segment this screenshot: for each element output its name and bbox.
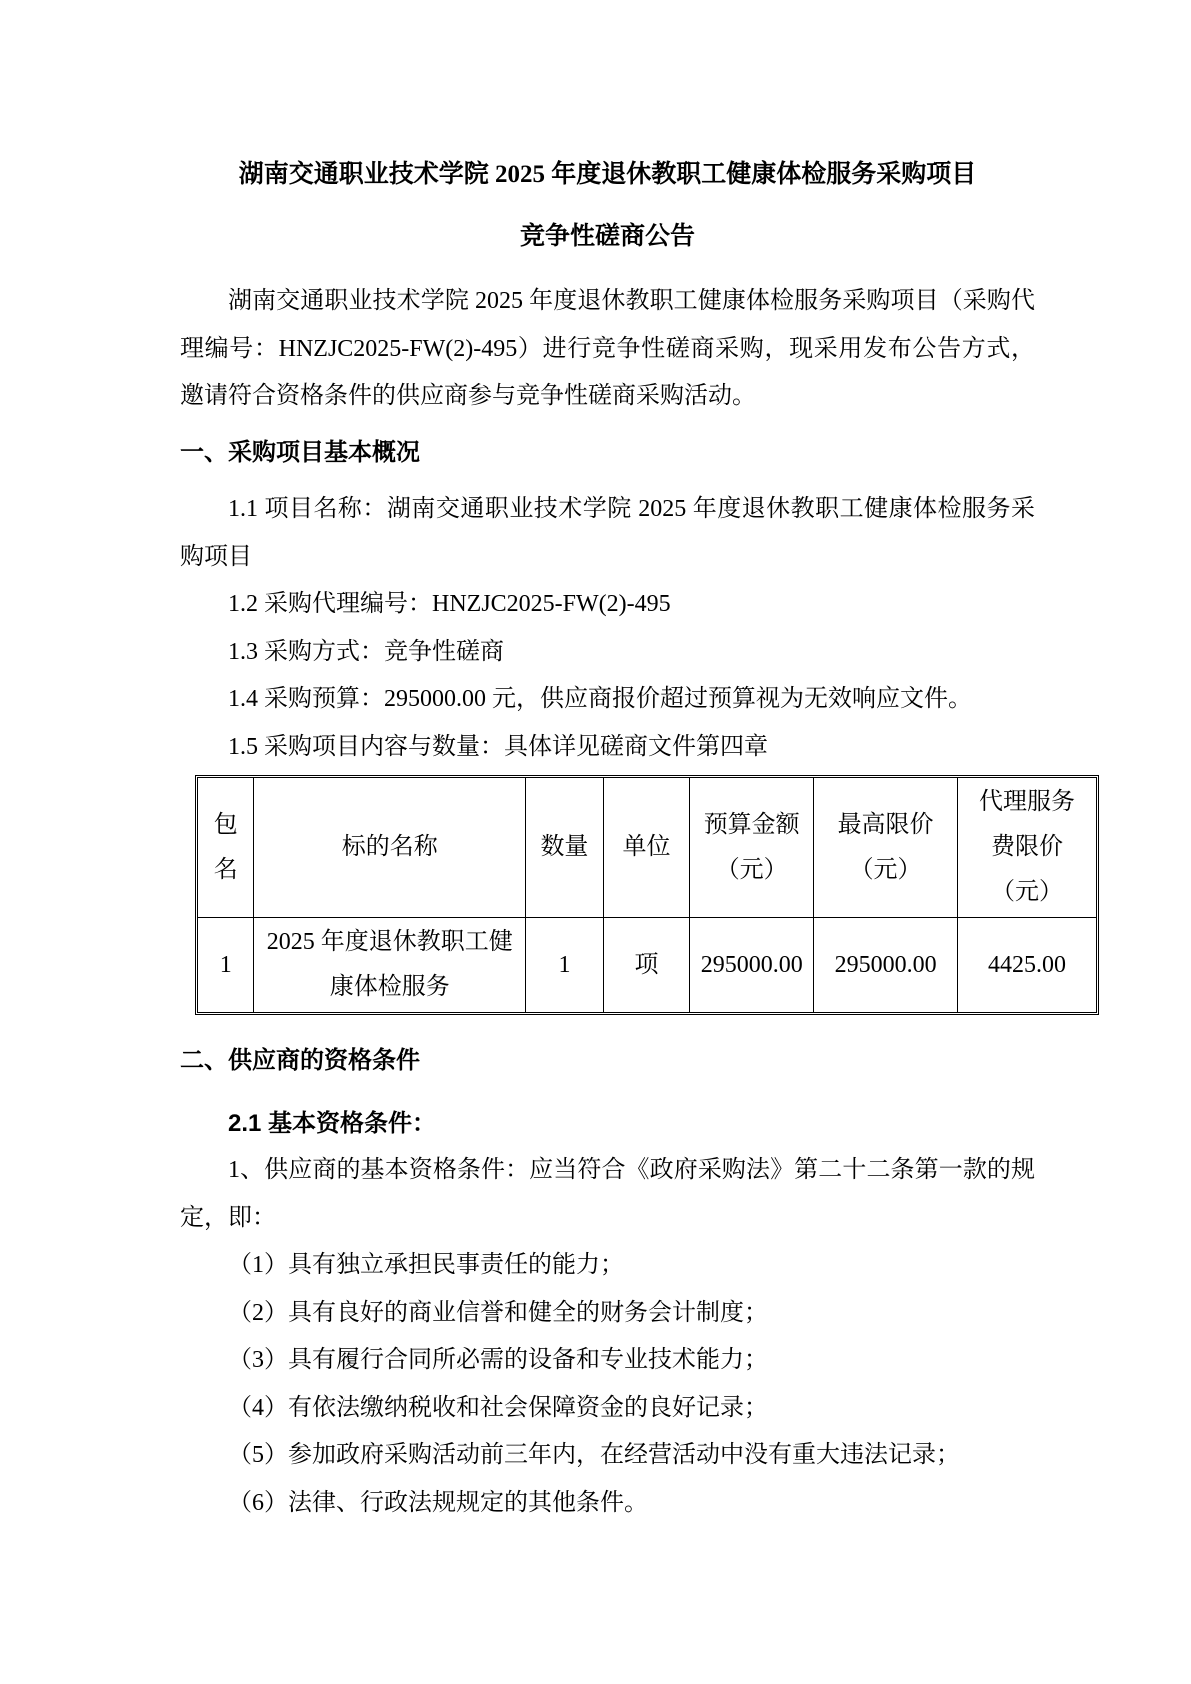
item-1-5: 1.5 采购项目内容与数量：具体详见磋商文件第四章 xyxy=(180,724,1035,772)
qualification-item-6: （6）法律、行政法规规定的其他条件。 xyxy=(180,1480,1035,1528)
section2-lead: 1、供应商的基本资格条件：应当符合《政府采购法》第二十二条第一款的规定，即： xyxy=(180,1147,1035,1242)
document-subtitle: 竞争性磋商公告 xyxy=(180,218,1035,256)
qualification-item-5: （5）参加政府采购活动前三年内，在经营活动中没有重大违法记录； xyxy=(180,1432,1035,1480)
section1-heading: 一、采购项目基本概况 xyxy=(180,429,1035,477)
intro-paragraph: 湖南交通职业技术学院 2025 年度退休教职工健康体检服务采购项目（采购代理编号… xyxy=(180,278,1035,421)
qualification-item-2: （2）具有良好的商业信誉和健全的财务会计制度； xyxy=(180,1290,1035,1338)
item-1-4: 1.4 采购预算：295000.00 元，供应商报价超过预算视为无效响应文件。 xyxy=(180,676,1035,724)
cell-quantity: 1 xyxy=(526,918,604,1012)
document-content: 湖南交通职业技术学院 2025 年度退休教职工健康体检服务采购项目 竞争性磋商公… xyxy=(0,0,1191,1527)
cell-max-price: 295000.00 xyxy=(814,918,958,1012)
header-cell-max-price: 最高限价（元） xyxy=(814,778,958,918)
procurement-lot-table: 包名 标的名称 数量 单位 预算金额（元） 最高限价（元） 代理服务费限价（元）… xyxy=(195,775,1099,1015)
header-cell-agency-fee: 代理服务费限价（元） xyxy=(958,778,1096,918)
cell-budget: 295000.00 xyxy=(690,918,814,1012)
item-1-3: 1.3 采购方式：竞争性磋商 xyxy=(180,629,1035,677)
table-row: 1 2025 年度退休教职工健康体检服务 1 项 295000.00 29500… xyxy=(198,918,1096,1012)
item-1-1: 1.1 项目名称：湖南交通职业技术学院 2025 年度退休教职工健康体检服务采购… xyxy=(180,486,1035,581)
cell-unit: 项 xyxy=(604,918,691,1012)
section2-heading: 二、供应商的资格条件 xyxy=(180,1037,1035,1085)
item-1-2: 1.2 采购代理编号：HNZJC2025-FW(2)-495 xyxy=(180,581,1035,629)
cell-agency-fee: 4425.00 xyxy=(958,918,1096,1012)
cell-package-no: 1 xyxy=(198,918,254,1012)
qualification-item-1: （1）具有独立承担民事责任的能力； xyxy=(180,1242,1035,1290)
qualification-item-4: （4）有依法缴纳税收和社会保障资金的良好记录； xyxy=(180,1385,1035,1433)
header-cell-subject-name: 标的名称 xyxy=(254,778,526,918)
header-cell-package-no: 包名 xyxy=(198,778,254,918)
document-title: 湖南交通职业技术学院 2025 年度退休教职工健康体检服务采购项目 xyxy=(180,156,1035,194)
cell-subject-name: 2025 年度退休教职工健康体检服务 xyxy=(254,918,526,1012)
table-header-row: 包名 标的名称 数量 单位 预算金额（元） 最高限价（元） 代理服务费限价（元） xyxy=(198,778,1096,918)
header-cell-budget: 预算金额（元） xyxy=(690,778,814,918)
header-cell-quantity: 数量 xyxy=(526,778,604,918)
section2-subheading: 2.1 基本资格条件： xyxy=(180,1100,1035,1148)
document-page: 湖南交通职业技术学院 2025 年度退休教职工健康体检服务采购项目 竞争性磋商公… xyxy=(0,0,1191,1684)
header-cell-unit: 单位 xyxy=(604,778,691,918)
qualification-item-3: （3）具有履行合同所必需的设备和专业技术能力； xyxy=(180,1337,1035,1385)
